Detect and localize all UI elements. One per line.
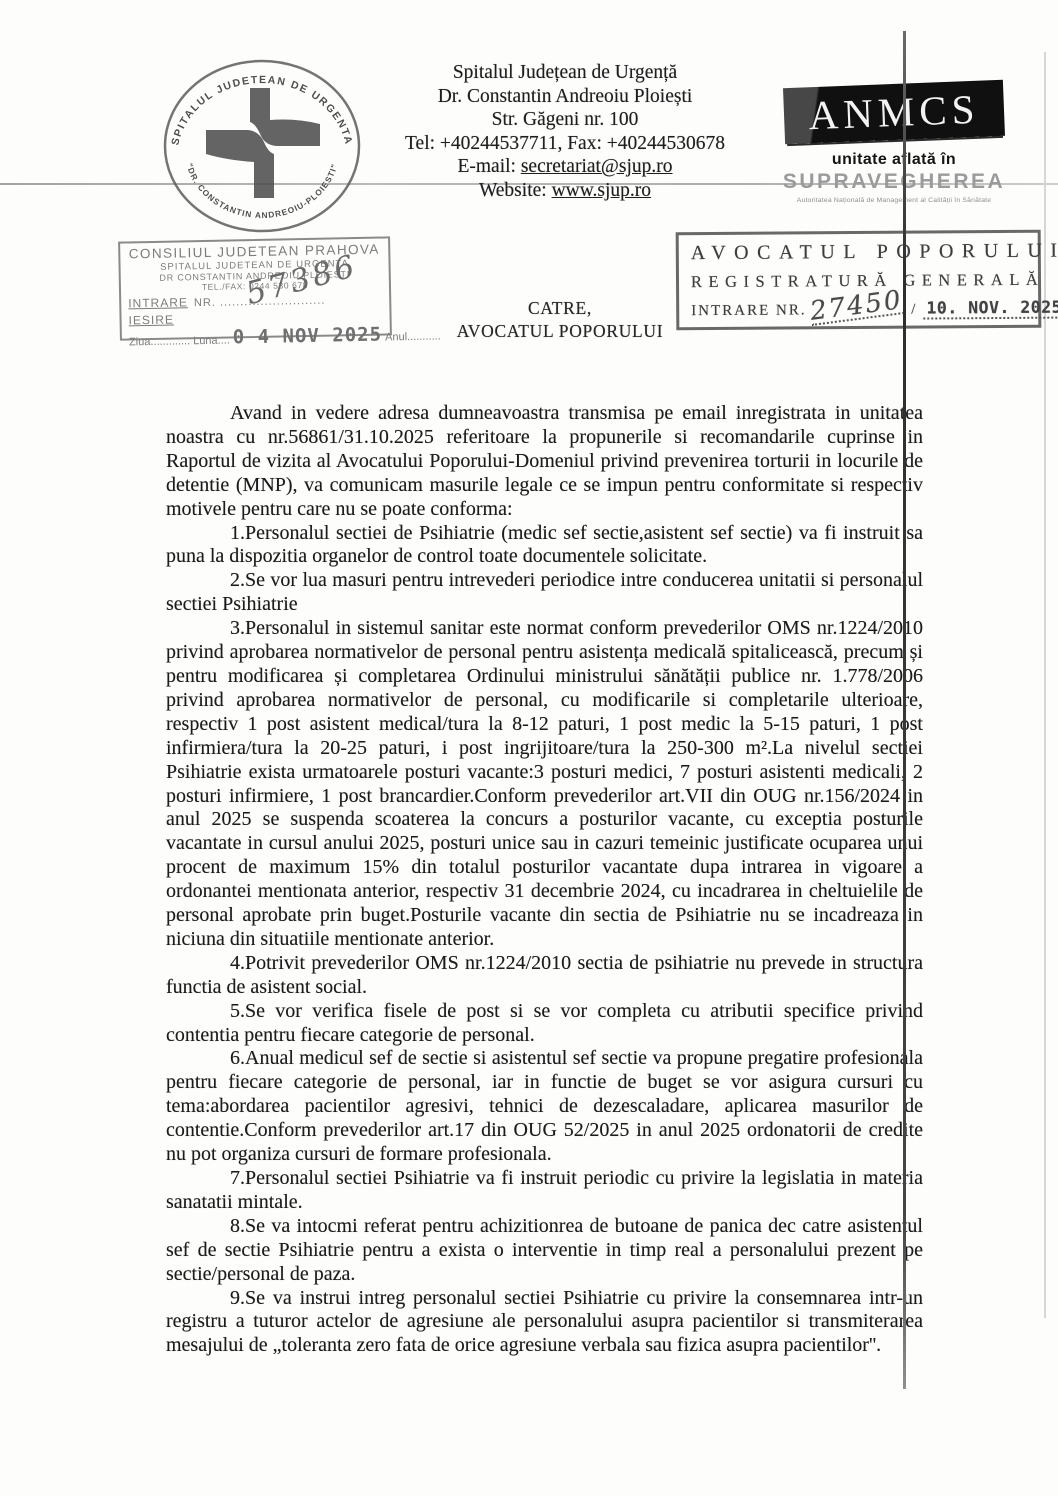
anmcs-caption: Autoritatea Națională de Management al C…: [778, 197, 1010, 204]
body-paragraph-6: 6.Anual medicul sef de sectie si asisten…: [166, 1047, 923, 1167]
body-paragraph-5: 5.Se vor verifica fisele de post si se v…: [166, 1000, 923, 1048]
date-stamp-received: 0 4 NOV 2025: [233, 324, 383, 349]
anmcs-status-line1: unitate aflată în: [778, 151, 1010, 169]
body-paragraph-8: 8.Se va intocmi referat pentru achizitio…: [166, 1215, 923, 1287]
stamp-right-line1: AVOCATUL POPORULUI: [691, 240, 1026, 265]
handwritten-entry-number: 27450: [809, 289, 904, 326]
email-label: E-mail:: [457, 156, 520, 177]
website-link[interactable]: www.sjup.ro: [552, 180, 651, 201]
org-address: Str. Găgeni nr. 100: [330, 108, 800, 132]
registry-stamp-hospital: CONSILIUL JUDETEAN PRAHOVA SPITALUL JUDE…: [118, 236, 392, 340]
body-paragraph-1: 1.Personalul sectiei de Psihiatrie (medi…: [166, 522, 923, 570]
stamp-left-ziua-label: Ziua.............: [129, 335, 190, 348]
letter-body: Avand in vedere adresa dumneavoastra tra…: [166, 402, 923, 1358]
body-paragraph-7: 7.Personalul sectiei Psihiatrie va fi in…: [166, 1167, 923, 1215]
org-name: Spitalul Județean de Urgență: [330, 61, 800, 85]
body-paragraph-intro: Avand in vedere adresa dumneavoastra tra…: [166, 402, 923, 522]
anmcs-block: ANMCS unitate aflată în SUPRAVEGHEREA Au…: [778, 84, 1010, 204]
stamp-left-iesire-label: IESIRE: [128, 313, 174, 328]
anmcs-logo: ANMCS: [783, 80, 1005, 144]
letterhead: Spitalul Județean de Urgență Dr. Constan…: [330, 61, 800, 203]
body-paragraph-9: 9.Se va instrui intreg personalul sectie…: [166, 1287, 923, 1359]
body-paragraph-4: 4.Potrivit prevederilor OMS nr.1224/2010…: [166, 952, 923, 1000]
email-link[interactable]: secretariat@sjup.ro: [521, 156, 673, 177]
stamp-right-line2: REGISTRATURĂ GENERALĂ: [691, 270, 1026, 292]
stamp-left-intrare-label: INTRARE: [128, 295, 188, 310]
stamp-right-separator: /: [911, 302, 917, 319]
anmcs-acronym: ANMCS: [808, 88, 980, 136]
org-email-row: E-mail: secretariat@sjup.ro: [330, 155, 800, 179]
registry-stamp-avocatul-poporului: AVOCATUL POPORULUI REGISTRATURĂ GENERALĂ…: [676, 230, 1042, 331]
website-label: Website:: [479, 180, 552, 201]
fold-line: [903, 31, 906, 1389]
org-subname: Dr. Constantin Andreoiu Ploiești: [330, 85, 800, 109]
org-website-row: Website: www.sjup.ro: [330, 179, 800, 203]
org-phone: Tel: +40244537711, Fax: +40244530678: [330, 132, 800, 156]
stamp-left-anul-label: Anul...........: [385, 330, 441, 343]
date-stamp-entry: 10. NOV. 2025: [923, 298, 1058, 320]
body-paragraph-2: 2.Se vor lua masuri pentru intrevederi p…: [166, 569, 923, 617]
scanned-letter-page: SPITALUL JUDETEAN DE URGENTA "DR. CONSTA…: [0, 0, 1058, 1496]
body-paragraph-3: 3.Personalul in sistemul sanitar este no…: [166, 617, 923, 952]
stamp-left-luna-label: Luna....: [193, 334, 230, 347]
anmcs-status-line2: SUPRAVEGHEREA: [778, 170, 1010, 194]
stamp-right-intrare-label: INTRARE NR.: [691, 302, 806, 320]
